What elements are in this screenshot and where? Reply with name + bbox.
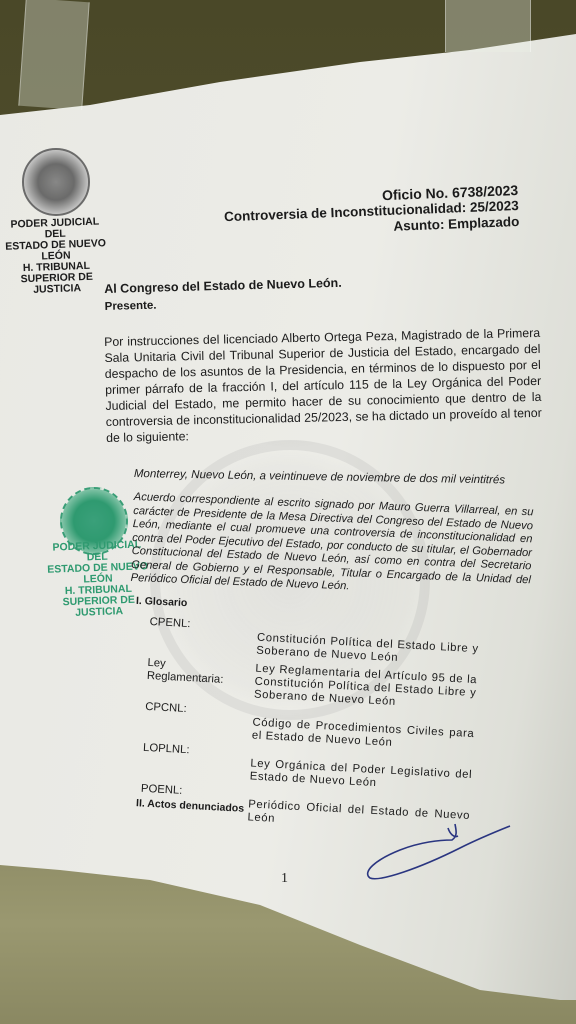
page-number: 1: [281, 871, 288, 887]
glossary-term: CPCNL:: [144, 701, 254, 743]
glossary-term: Ley Reglamentaria:: [146, 657, 238, 701]
glossary-heading: I. Glosario: [136, 595, 188, 609]
glossary-definition: Ley Reglamentaria del Artículo 95 de la …: [254, 663, 478, 714]
glossary-term: LOPLNL:: [142, 742, 252, 784]
addressee: Al Congreso del Estado de Nuevo León. Pr…: [104, 274, 342, 316]
glossary-definition: Ley Orgánica del Poder Legislativo del E…: [249, 747, 473, 795]
court-seal-text: PODER JUDICIAL DEL ESTADO DE NUEVO LEÓN …: [1, 216, 112, 297]
tape-left: [18, 0, 89, 110]
tape-right: [445, 0, 531, 52]
national-emblem-icon: [22, 148, 90, 216]
intro-paragraph: Por instrucciones del licenciado Alberto…: [104, 325, 542, 446]
signature-icon: [360, 820, 520, 890]
glossary-term: CPENL:: [148, 616, 258, 658]
glossary-definition: Código de Procedimientos Civiles para el…: [252, 707, 476, 755]
acuerdo-paragraph: Acuerdo correspondiente al escrito signa…: [130, 491, 533, 601]
